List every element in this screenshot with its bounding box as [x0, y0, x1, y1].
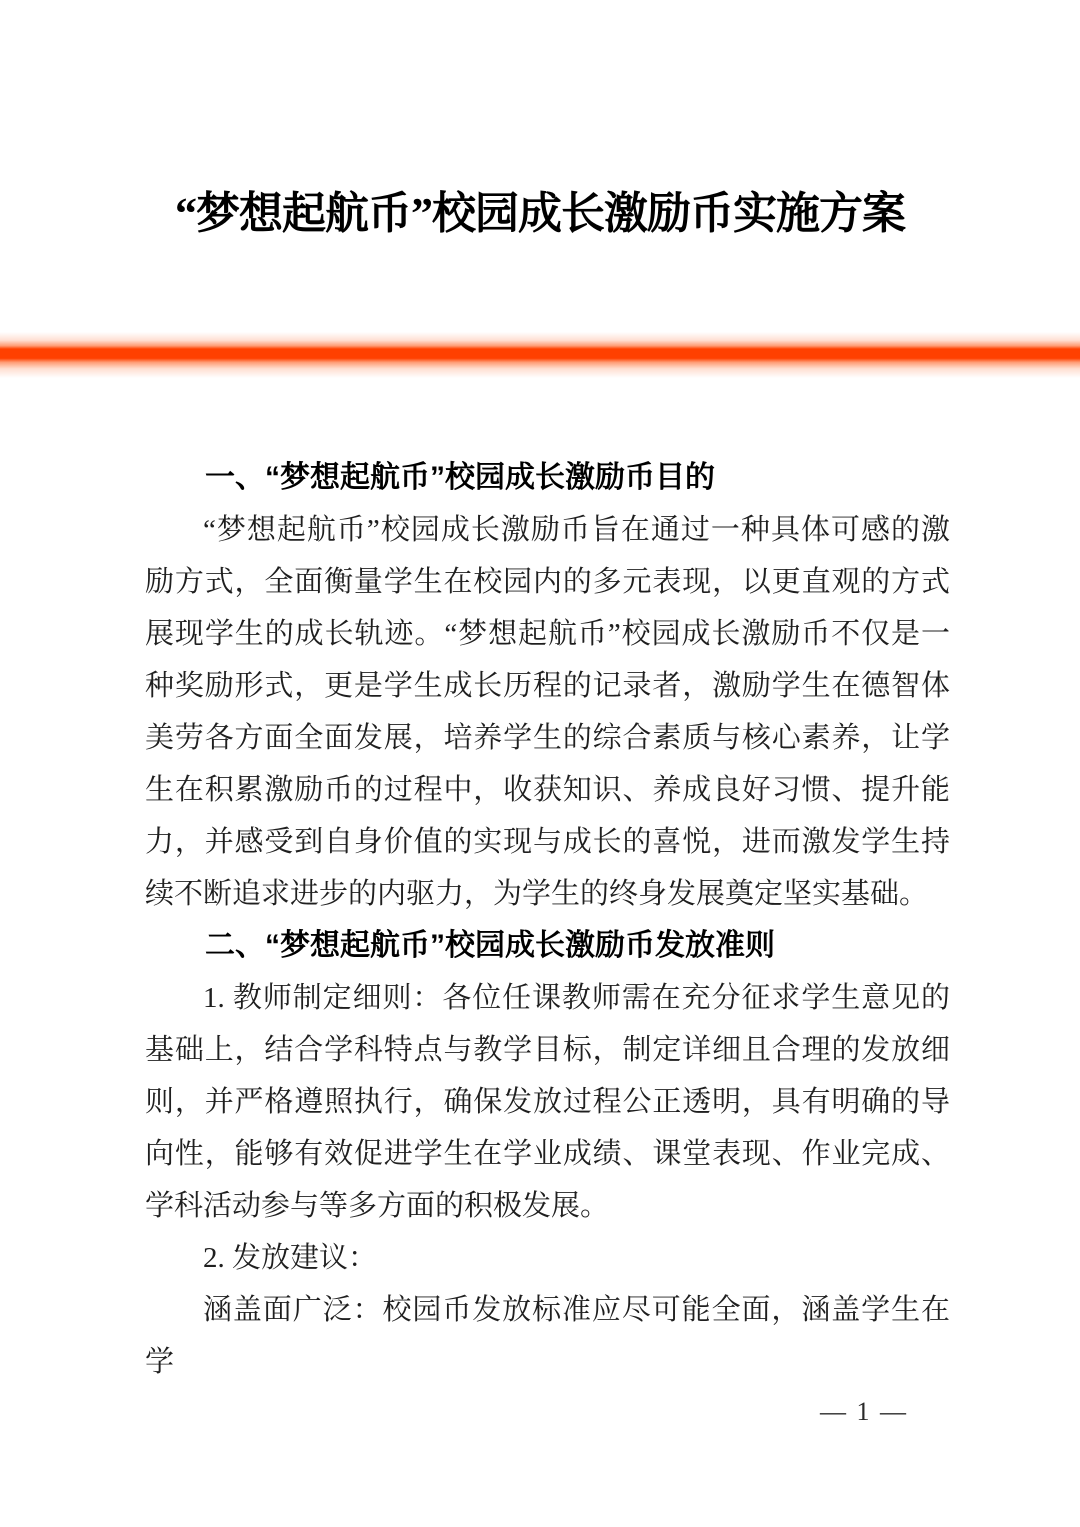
section-2-heading: 二、“梦想起航币”校园成长激励币发放准则 — [145, 920, 950, 972]
section-2-paragraph-1: 1. 教师制定细则：各位任课教师需在充分征求学生意见的基础上，结合学科特点与教学… — [145, 972, 950, 1232]
section-2-paragraph-3: 涵盖面广泛：校园币发放标准应尽可能全面，涵盖学生在学 — [145, 1284, 950, 1388]
section-2-paragraph-2: 2. 发放建议： — [145, 1232, 950, 1284]
divider-gradient-bar — [0, 332, 1080, 378]
section-1-heading: 一、“梦想起航币”校园成长激励币目的 — [145, 452, 950, 504]
document-page: “梦想起航币”校园成长激励币实施方案 一、“梦想起航币”校园成长激励币目的 “梦… — [0, 0, 1080, 1527]
section-1-paragraph: “梦想起航币”校园成长激励币旨在通过一种具体可感的激励方式，全面衡量学生在校园内… — [145, 504, 950, 920]
page-number: — 1 — — [820, 1394, 908, 1430]
document-body: 一、“梦想起航币”校园成长激励币目的 “梦想起航币”校园成长激励币旨在通过一种具… — [145, 452, 950, 1388]
document-title: “梦想起航币”校园成长激励币实施方案 — [0, 186, 1080, 241]
